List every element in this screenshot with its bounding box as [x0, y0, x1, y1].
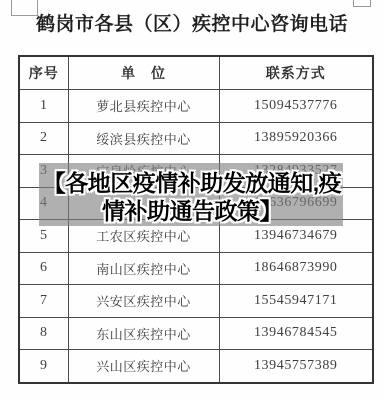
page-title: 鹤岗市各县（区）疾控中心咨询电话: [0, 9, 384, 36]
watermark-line-2: 情补助通告政策】: [0, 197, 384, 225]
row-phone: 15545947171: [219, 285, 373, 318]
row-unit: 南山区疾控中心: [68, 252, 219, 285]
row-phone: 13895920366: [219, 122, 373, 155]
table-row: 9 兴山区疾控中心 13945757389: [19, 350, 373, 383]
row-phone: 13945757389: [219, 350, 373, 383]
row-number: 1: [19, 90, 68, 123]
watermark-line-1: 【各地区疫情补助发放通知,疫: [0, 169, 384, 197]
row-unit: 东山区疾控中心: [68, 317, 219, 350]
row-unit: 兴山区疾控中心: [68, 350, 219, 383]
table-row: 7 兴安区疾控中心 15545947171: [19, 285, 373, 318]
row-unit: 萝北县疾控中心: [68, 90, 219, 123]
row-phone: 13946784545: [219, 317, 373, 350]
row-phone: 15094537776: [219, 90, 373, 123]
row-number: 9: [19, 350, 68, 383]
row-phone: 18646873990: [219, 252, 373, 285]
row-number: 7: [19, 285, 68, 318]
page-border-fragment-right: [353, 0, 371, 7]
watermark-text: 【各地区疫情补助发放通知,疫 情补助通告政策】: [0, 169, 384, 225]
row-unit: 兴安区疾控中心: [68, 285, 219, 318]
table-header-row: 序号 单 位 联系方式: [19, 56, 373, 90]
row-number: 8: [19, 317, 68, 350]
column-header-unit: 单 位: [68, 56, 219, 90]
row-unit: 绥滨县疾控中心: [68, 122, 219, 155]
table-row: 2 绥滨县疾控中心 13895920366: [19, 122, 373, 155]
row-number: 2: [19, 122, 68, 155]
table-row: 6 南山区疾控中心 18646873990: [19, 252, 373, 285]
table-row: 8 东山区疾控中心 13946784545: [19, 317, 373, 350]
row-number: 6: [19, 252, 68, 285]
table-row: 1 萝北县疾控中心 15094537776: [19, 90, 373, 123]
column-header-contact: 联系方式: [219, 56, 373, 90]
column-header-no: 序号: [19, 56, 68, 90]
